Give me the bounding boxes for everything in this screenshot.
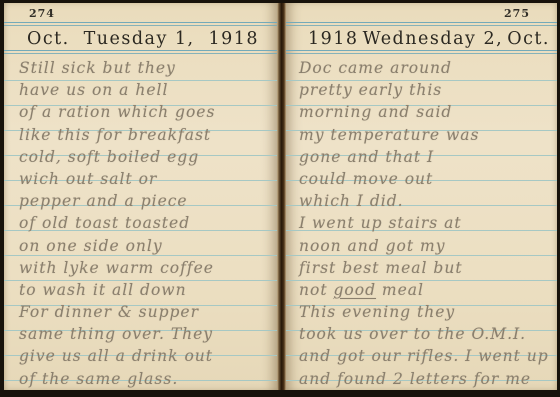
- left-entry-text: Still sick but theyhave us on a hellof a…: [4, 56, 277, 390]
- left-header-day: Tuesday 1,: [84, 29, 195, 49]
- right-header-year: 1918: [308, 29, 359, 49]
- diary-entry-line: took us over to the O.M.I.: [286, 323, 557, 345]
- diary-entry-line: noon and got my: [286, 235, 557, 257]
- diary-entry-line: of the same glass.: [4, 368, 277, 390]
- left-page: 274 Oct. Tuesday 1, 1918 Still sick but …: [4, 3, 277, 390]
- right-header-month: Oct.: [507, 29, 550, 49]
- left-header-year: 1918: [208, 29, 259, 49]
- diary-entry-line: gone and that I: [286, 146, 557, 168]
- right-header-bottom-rule: [286, 50, 557, 54]
- diary-entry-line: of a ration which goes: [4, 101, 277, 123]
- underlined-word: good: [333, 281, 376, 299]
- diary-entry-line: wich out salt or: [4, 168, 277, 190]
- diary-entry-line: and got our rifles. I went up: [286, 345, 557, 367]
- diary-entry-line: have us on a hell: [4, 79, 277, 101]
- diary-entry-line: pepper and a piece: [4, 190, 277, 212]
- diary-scan: { "colors": { "paper": "#ebdfc2", "ruled…: [0, 0, 560, 397]
- diary-entry-line: with lyke warm coffee: [4, 257, 277, 279]
- diary-entry-line: Still sick but they: [4, 57, 277, 79]
- right-page-number: 275: [286, 7, 557, 22]
- left-date-header: Oct. Tuesday 1, 1918: [4, 27, 277, 50]
- diary-entry-line: pretty early this: [286, 79, 557, 101]
- diary-entry-line: This evening they: [286, 301, 557, 323]
- right-header-day: Wednesday 2,: [363, 29, 504, 49]
- left-header-bottom-rule: [4, 50, 277, 54]
- diary-book: 274 Oct. Tuesday 1, 1918 Still sick but …: [0, 0, 560, 397]
- diary-entry-line: Doc came around: [286, 57, 557, 79]
- diary-entry-line: give us all a drink out: [4, 345, 277, 367]
- diary-entry-line: could move out: [286, 168, 557, 190]
- diary-entry-line: morning and said: [286, 101, 557, 123]
- diary-entry-line: I went up stairs at: [286, 212, 557, 234]
- diary-entry-line: to wash it all down: [4, 279, 277, 301]
- diary-entry-line: For dinner & supper: [4, 301, 277, 323]
- diary-entry-line: cold, soft boiled egg: [4, 146, 277, 168]
- diary-entry-line: of old toast toasted: [4, 212, 277, 234]
- diary-entry-line: on one side only: [4, 235, 277, 257]
- diary-entry-line: first best meal but: [286, 257, 557, 279]
- left-page-number: 274: [4, 7, 277, 22]
- left-header-top-rule: [4, 22, 277, 26]
- diary-entry-line: and found 2 letters for me: [286, 368, 557, 390]
- right-entry-text: Doc came aroundpretty early thismorning …: [286, 56, 557, 390]
- left-header-month: Oct.: [27, 29, 70, 49]
- right-page: 275 1918 Wednesday 2, Oct. Doc came arou…: [286, 3, 557, 390]
- diary-entry-line: like this for breakfast: [4, 124, 277, 146]
- diary-entry-line: not good meal: [286, 279, 557, 301]
- diary-entry-line: same thing over. They: [4, 323, 277, 345]
- diary-entry-line: my temperature was: [286, 124, 557, 146]
- right-header-top-rule: [286, 22, 557, 26]
- diary-entry-line: which I did.: [286, 190, 557, 212]
- binding-gutter: [277, 3, 286, 390]
- right-date-header: 1918 Wednesday 2, Oct.: [286, 27, 557, 50]
